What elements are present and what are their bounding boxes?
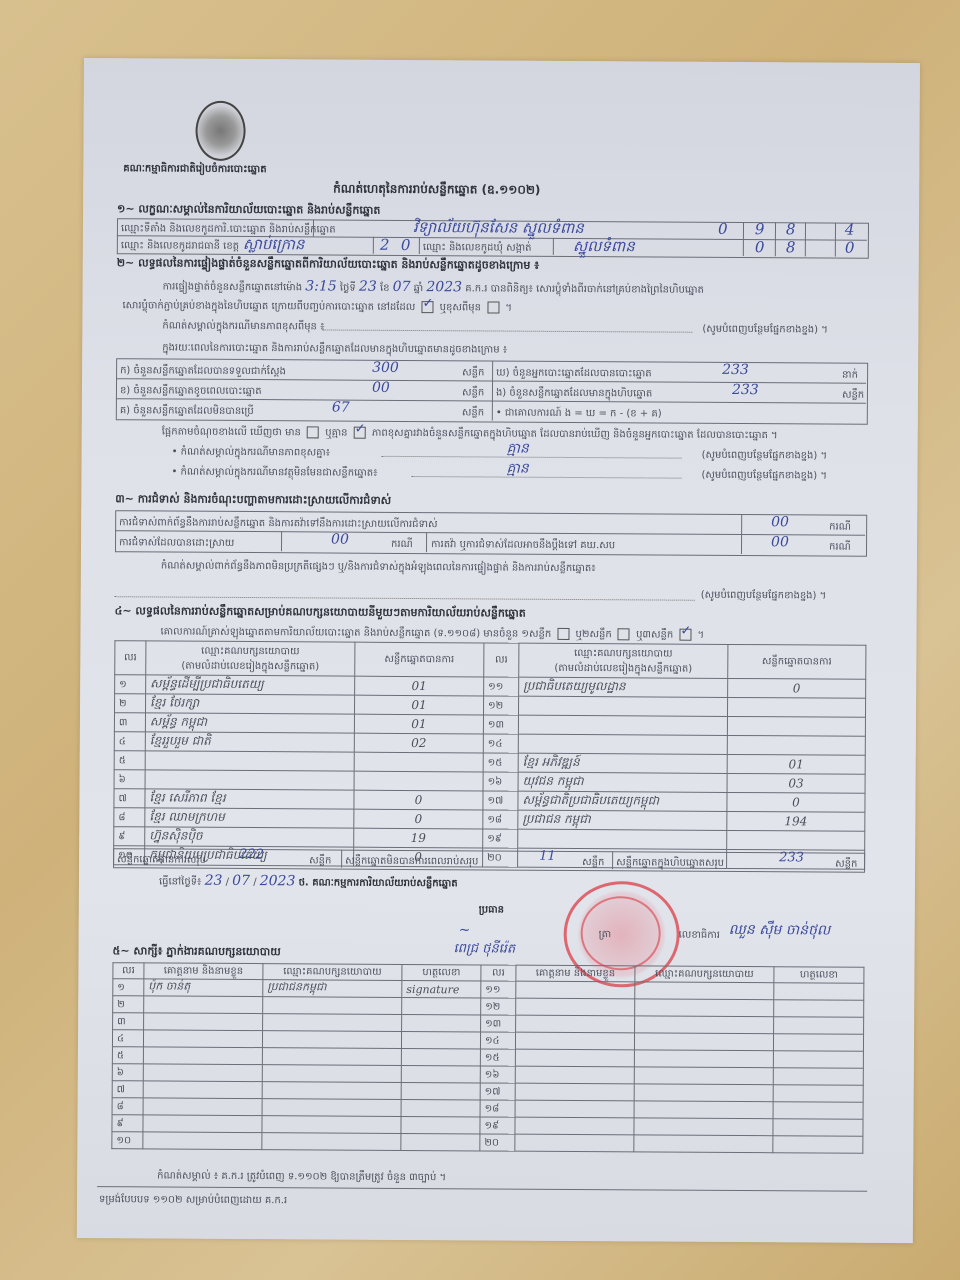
- party-name: ខ្មែរ ថែរក្សា: [146, 694, 355, 714]
- witness-party: [263, 1014, 402, 1032]
- witness-name: [143, 1081, 262, 1099]
- commune-label: ឈ្មោះ និងលេខកូដឃុំ សង្កាត់: [423, 240, 532, 256]
- party-votes: 03: [727, 773, 865, 793]
- time-text: ការផ្ទៀងផ្ទាត់ចំនួនសន្លឹកឆ្នោតនៅម៉ោង 3:1…: [163, 277, 704, 297]
- witness-party: [635, 999, 774, 1017]
- row-no: ១០: [112, 1132, 143, 1149]
- party-votes: 02: [354, 733, 483, 753]
- witness-name: [143, 1132, 262, 1150]
- row-no: ១៣: [483, 715, 518, 734]
- party-votes: 0: [727, 792, 865, 812]
- party-name: យុវជន កម្ពុជា: [518, 772, 727, 792]
- table-row: ១០២០: [112, 1132, 863, 1154]
- station-code-digit: 4: [845, 221, 855, 239]
- party-name: ខ្មែរ សេរីភាព ខ្មែរ: [145, 789, 354, 809]
- witness-name: [143, 1064, 262, 1082]
- one-sheet-checkbox[interactable]: [557, 628, 569, 640]
- total-box-value: 233: [779, 850, 804, 865]
- total-box-label: សន្លឹកឆ្នោតក្នុងហិបឆ្នោតសរុប: [616, 855, 724, 871]
- row-no: ៩: [112, 1115, 143, 1132]
- witness-name: [144, 996, 263, 1014]
- station-code-digit: 9: [755, 220, 765, 238]
- made-at-line: ធ្វើនៅថ្ងៃទី៖ 23 / 07 / 2023 ថ. គណៈកម្មក…: [159, 872, 458, 891]
- witness-party: [262, 1031, 401, 1049]
- fill-hint: (សូមបំពេញបន្ថែមផ្នែកខាងខ្នង) ។: [702, 448, 828, 464]
- irregularity-note-field[interactable]: [115, 586, 695, 601]
- party-votes: [727, 830, 865, 850]
- col-party: ឈ្មោះគណបក្សនយោបាយ(តាមលំដាប់លេខរៀងក្នុងសន…: [519, 643, 728, 678]
- polling-station-value: វិទ្យាល័យហ៊ុនសែន ស្នួលទំពាន: [413, 218, 584, 241]
- witness-party: [634, 1135, 773, 1153]
- col-party: ឈ្មោះគណបក្សនយោបាយ(តាមលំដាប់លេខរៀងក្នុងសន…: [146, 641, 355, 676]
- row-no: ៧: [114, 789, 145, 808]
- col-signature: ហត្ថលេខា: [402, 964, 481, 980]
- party-name: សម្ព័ន្ធជាតិប្រជាធិបតេយ្យកម្ពុជា: [518, 791, 727, 811]
- row-no: ១៨: [483, 810, 518, 829]
- fill-hint: (សូមបំពេញបន្ថែមផ្នែកខាងខ្នង) ។: [701, 588, 827, 604]
- col-name: គោត្តនាម និងនាមខ្លួន: [516, 965, 635, 982]
- witness-signature: [401, 1048, 480, 1065]
- ballots-spoiled-value: 00: [372, 380, 390, 396]
- row-no: ១៥: [480, 1049, 515, 1066]
- stamp-label: ត្រា: [599, 927, 612, 942]
- witness-party: [635, 1016, 774, 1034]
- witness-signature: [774, 1017, 864, 1035]
- seal-note-field[interactable]: [322, 319, 692, 332]
- made-year: 2023: [260, 873, 296, 889]
- org-name: គណៈកម្មាធិការជាតិរៀបចំការបោះឆ្នោត: [123, 161, 266, 177]
- verify-month: 07: [393, 279, 411, 295]
- witness-signature: [773, 1102, 863, 1120]
- total-invalid-value: 11: [539, 849, 556, 864]
- unit-label: សន្លឹក: [582, 855, 604, 870]
- row-no: ១៤: [480, 1032, 515, 1049]
- row-no: ១១: [481, 981, 516, 998]
- col-signature: ហត្ថលេខា: [774, 967, 864, 984]
- row-no: ១: [115, 675, 146, 694]
- witness-signature: [401, 1099, 480, 1116]
- secretary-label: លេខាធិការ: [679, 928, 720, 943]
- row-no: ១៦: [483, 772, 518, 791]
- witness-name: [515, 1049, 634, 1067]
- row-no: ១៤: [483, 734, 518, 753]
- row-no: ៨: [112, 1098, 143, 1115]
- witness-party: [635, 982, 774, 1000]
- col-no: លរ: [115, 641, 146, 675]
- commune-value: ស្នួលទំពាន: [573, 237, 635, 259]
- witness-signature: [402, 997, 481, 1014]
- party-votes: 01: [727, 754, 865, 774]
- party-votes: [727, 697, 865, 717]
- section1-title: ១~ លក្ខណៈសម្គាល់នៃការិយាល័យបោះឆ្នោត និងរ…: [117, 202, 380, 220]
- difference-yes-checkbox[interactable]: [307, 426, 319, 438]
- party-name: ប្រជាធិបតេយ្យមូលដ្ឋាន: [519, 677, 728, 697]
- party-name: ហ្វ៊ុនស៊ិនប៉ិច: [145, 827, 354, 847]
- resolved-value: 00: [331, 532, 349, 548]
- party-name: សម្ព័ន្ធ កម្ពុជា: [145, 713, 354, 733]
- complaints-label: ការជំទាស់ពាក់ព័ន្ធនឹងការរាប់សន្លឹកឆ្នោត …: [119, 515, 438, 532]
- party-name: ខ្មែររួបរួម ជាតិ: [145, 732, 354, 752]
- witness-party: [634, 1050, 773, 1068]
- appeal-value: 00: [771, 534, 789, 550]
- row-no: ៨: [114, 808, 145, 827]
- diff-note-value: គ្មាន: [507, 439, 529, 460]
- party-votes: 194: [727, 811, 865, 831]
- province-value: ស្លាប់ក្រោន: [243, 235, 305, 257]
- witness-party: ប្រជាជនកម្ពុជា: [263, 980, 402, 998]
- col-party: ឈ្មោះគណបក្សនយោបាយ: [635, 966, 774, 983]
- witness-name: [515, 1100, 634, 1118]
- party-results-table: លរ ឈ្មោះគណបក្សនយោបាយ(តាមលំដាប់លេខរៀងក្នុ…: [113, 640, 866, 870]
- witness-signature: [774, 983, 864, 1001]
- total-valid-value: 222: [239, 847, 264, 862]
- ballots-unused-value: 67: [332, 400, 350, 416]
- witness-signature: [773, 1136, 863, 1154]
- row-no: ៥: [112, 1047, 143, 1064]
- witness-name: [143, 1047, 262, 1065]
- secretary-name: ឈួន ស៊ឹម ចាន់ថុល: [729, 920, 831, 942]
- row-no: ២០: [480, 1134, 515, 1151]
- witness-party: [634, 1118, 773, 1136]
- witness-party: [634, 1033, 773, 1051]
- party-name: [518, 829, 727, 849]
- witness-name: [144, 1013, 263, 1031]
- witness-name: [516, 998, 635, 1016]
- witness-signature: [401, 1133, 480, 1150]
- col-no: លរ: [484, 643, 519, 677]
- witness-signature: [773, 1085, 863, 1103]
- witness-signature: [401, 1116, 480, 1133]
- witness-name: [515, 1083, 634, 1101]
- diff-note-label: • កំណត់សម្គាល់ក្នុងករណីមានភាពខុសគ្នា៖: [172, 445, 331, 461]
- witness-name: [515, 1117, 634, 1135]
- party-votes: 19: [354, 828, 483, 848]
- fill-hint: (សូមបំពេញបន្ថែមផ្នែកខាងខ្នង) ។: [701, 468, 827, 484]
- witness-signature: signature: [402, 980, 481, 997]
- witness-name: [143, 1115, 262, 1133]
- voters-value: 233: [722, 362, 749, 378]
- section5-title: ៥~ សាក្សី៖ ភ្នាក់ងារគណបក្សនយោបាយ: [112, 944, 280, 961]
- unit-label: សន្លឹក: [462, 405, 484, 420]
- seal-intact-checkbox[interactable]: [421, 301, 433, 313]
- irregularity-note: កំណត់សម្គាល់ពាក់ព័ន្ធនឹងភាពមិនប្រក្រតីផ្…: [161, 558, 596, 576]
- row-no: ១១: [484, 677, 519, 696]
- col-name: គោត្តនាម និងនាមខ្លួន: [144, 963, 263, 980]
- row-no: ១៩: [480, 1117, 515, 1134]
- witness-table: លរ គោត្តនាម និងនាមខ្លួន ឈ្មោះគណបក្សនយោបា…: [111, 962, 864, 1154]
- row-no: ៤: [114, 732, 145, 751]
- party-name: [518, 696, 727, 716]
- diff-note-field[interactable]: [382, 446, 682, 459]
- row-no: ១៧: [480, 1083, 515, 1100]
- verify-year: 2023: [426, 279, 462, 295]
- party-name: [145, 770, 354, 790]
- party-name: [518, 734, 727, 754]
- witness-signature: [402, 1014, 481, 1031]
- seal-status-line: សោរប្លុំចាក់ភ្ជាប់គ្រប់ខាងក្នុងនៃហិបឆ្នោ…: [122, 298, 512, 315]
- chair-label: ប្រធាន: [479, 902, 504, 917]
- verify-time: 3:15: [305, 278, 337, 294]
- party-name: ខ្មែរ អភិវឌ្ឍន៍: [518, 753, 727, 773]
- row-no: ៧: [112, 1081, 143, 1098]
- witness-name: [515, 1134, 634, 1152]
- witness-party: [262, 1116, 401, 1134]
- col-no: លរ: [113, 963, 144, 979]
- party-name: ប្រជាជន កម្ពុជា: [518, 810, 727, 830]
- fake-note-field[interactable]: [411, 466, 681, 479]
- party-votes: 01: [354, 695, 483, 715]
- verify-day: 23: [359, 279, 377, 295]
- section3-title: ៣~ ការជំទាស់ និងការចំណុះបញ្ហាតាមការដោះស្…: [115, 492, 391, 510]
- witness-party: [262, 1133, 401, 1151]
- ballots-in-box-label: ង) ចំនួនសន្លឹកឆ្នោតដែលមានក្នុងហិបឆ្នោត: [496, 386, 652, 402]
- witness-name: [515, 1032, 634, 1050]
- fake-note-value: គ្មាន: [506, 459, 528, 480]
- unit-label: សន្លឹក: [462, 365, 484, 380]
- party-votes: [727, 735, 865, 755]
- unit-label: សន្លឹក: [462, 385, 484, 400]
- made-day: 23: [205, 873, 223, 889]
- witness-name: ប៉ុក ចាន់តុ: [144, 979, 263, 997]
- row-no: ៥: [114, 751, 145, 770]
- party-votes: 0: [354, 809, 483, 829]
- party-votes: 0: [354, 790, 483, 810]
- row-no: ១៩: [483, 829, 518, 848]
- formula-label: • ជាគោលការណ៍ ង = ឃ = ក - (ខ + គ): [496, 406, 662, 422]
- witness-party: [262, 1099, 401, 1117]
- party-name: [518, 715, 727, 735]
- party-name: ខ្មែរ ឈាមក្រហម: [145, 808, 354, 828]
- row-no: ១៥: [483, 753, 518, 772]
- witness-party: [634, 1101, 773, 1119]
- section4-title: ៤~ លទ្ធផលនៃការរាប់សន្លឹកឆ្នោតសម្រាប់គណបក…: [115, 604, 526, 623]
- row-no: ១៨: [480, 1100, 515, 1117]
- form-title: កំណត់ហេតុនៃការរាប់សន្លឹកឆ្នោត (ឧ.១១០២): [333, 181, 540, 200]
- commune-code-digit: 0: [845, 239, 855, 257]
- party-votes: 01: [354, 714, 483, 734]
- commune-code-digit: 0: [755, 238, 765, 256]
- unit-label: សន្លឹក: [309, 853, 331, 868]
- station-code-digit: 0: [718, 220, 728, 238]
- party-votes: 01: [355, 676, 484, 696]
- row-no: ១៦: [480, 1066, 515, 1083]
- voters-label: ឃ) ចំនួនអ្នកបោះឆ្នោតដែលបានបោះឆ្នោត: [496, 366, 652, 382]
- witness-party: [262, 1048, 401, 1066]
- party-votes: [727, 716, 865, 736]
- witness-signature: [773, 1051, 863, 1069]
- made-month: 07: [232, 873, 250, 889]
- witness-signature: [773, 1119, 863, 1137]
- province-label: ឈ្មោះ និងលេខកូដរាជធានី ខេត្ត: [121, 238, 239, 254]
- station-code-digit: 8: [786, 220, 796, 238]
- province-code-digit: 2: [380, 236, 390, 254]
- total-invalid-label: សន្លឹកឆ្នោតមិនបានការពេលរាប់សរុប: [345, 854, 478, 870]
- row-no: ២: [115, 694, 146, 713]
- difference-line: ផ្អែកតាមចំណុចខាងលើ ឃើញថា មាន ឬគ្មាន ភាពខ…: [162, 424, 778, 443]
- row-no: ១: [113, 979, 144, 996]
- col-votes: សន្លឹកឆ្នោតបានការ: [355, 642, 484, 677]
- row-no: ២: [113, 996, 144, 1013]
- witness-signature: [773, 1068, 863, 1086]
- party-name: សម្ព័ន្ធដើម្បីប្រជាធិបតេយ្យ: [146, 675, 355, 695]
- witness-name: [516, 981, 635, 999]
- witness-party: [262, 1082, 401, 1100]
- row-no: ៦: [114, 770, 145, 789]
- row-no: ៩: [114, 827, 145, 846]
- three-sheet-checkbox[interactable]: [679, 629, 691, 641]
- unit-label: ករណី: [829, 520, 851, 535]
- row-no: ១២: [483, 696, 518, 715]
- appeal-label: ការតវ៉ា ឬការជំទាស់ដែលអាចនឹងប្តឹងទៅ គឃ.សប: [431, 537, 615, 553]
- witness-signature: [401, 1031, 480, 1048]
- row-no: ៦: [112, 1064, 143, 1081]
- nec-emblem-icon: [195, 101, 245, 161]
- witness-party: [634, 1084, 773, 1102]
- party-votes: 0: [728, 678, 866, 698]
- ballots-spoiled-label: ខ) ចំនួនសន្លឹកឆ្នោតខូចពេលបោះឆ្នោត: [120, 383, 262, 399]
- ballots-in-box-value: 233: [732, 382, 759, 398]
- col-party: ឈ្មោះគណបក្សនយោបាយ: [263, 964, 402, 981]
- commune-code-digit: 8: [786, 238, 796, 256]
- unit-label: ករណី: [829, 540, 851, 555]
- ballots-received-value: 300: [372, 360, 399, 376]
- difference-none-checkbox[interactable]: [354, 427, 366, 439]
- unit-label: សន្លឹក: [842, 388, 864, 403]
- unit-label: សន្លឹក: [835, 857, 857, 872]
- seal-note-label: កំណត់សម្គាល់ក្នុងករណីមានភាពខុសពីមុន ៖: [162, 318, 324, 334]
- party-votes: [354, 752, 483, 772]
- witness-party: [634, 1067, 773, 1085]
- col-votes: សន្លឹកឆ្នោតបានការ: [728, 644, 866, 679]
- row-no: ៣: [113, 1013, 144, 1030]
- totals-row: [113, 848, 865, 873]
- province-code-digit: 0: [401, 236, 411, 254]
- election-form-paper: គណៈកម្មាធិការជាតិរៀបចំការបោះឆ្នោត កំណត់ហ…: [77, 58, 920, 1243]
- unit-label: នាក់: [842, 368, 858, 383]
- witness-party: [262, 1065, 401, 1083]
- fake-note-label: • កំណត់សម្គាល់ក្នុងករណីមានវត្ថុមិនមែនជាស…: [171, 465, 377, 481]
- total-valid-label: សន្លឹកឆ្នោតបានការសរុប: [117, 852, 206, 868]
- witness-signature: [401, 1082, 480, 1099]
- witness-name: [143, 1098, 262, 1116]
- witness-party: [263, 997, 402, 1015]
- row-no: ១៣: [481, 1015, 516, 1032]
- row-no: ៣: [114, 713, 145, 732]
- seal-broken-checkbox[interactable]: [487, 301, 499, 313]
- party-name: [145, 751, 354, 771]
- party-votes: [354, 771, 483, 791]
- ballots-received-label: ក) ចំនួនសន្លឹកឆ្នោតដែលបានទទួលជាក់ស្តែង: [120, 363, 286, 379]
- witness-signature: [401, 1065, 480, 1082]
- complaints-value: 00: [771, 514, 789, 530]
- two-sheet-checkbox[interactable]: [618, 628, 630, 640]
- ballots-unused-label: គ) ចំនួនសន្លឹកឆ្នោតដែលមិនបានប្រើ: [120, 403, 254, 419]
- witness-name: [515, 1066, 634, 1084]
- unit-label: ករណី: [391, 537, 413, 552]
- resolved-label: ការជំទាស់ដែលបានដោះស្រាយ: [119, 535, 234, 551]
- chair-signature: ~: [459, 922, 471, 938]
- witness-signature: [773, 1034, 863, 1052]
- row-no: ១៧: [483, 791, 518, 810]
- section2-title: ២~ លទ្ធផលនៃការផ្ទៀងផ្ទាត់ចំនួនសន្លឹកឆ្នោ…: [117, 256, 539, 275]
- row-no: ៤: [112, 1030, 143, 1047]
- witness-name: [516, 1015, 635, 1033]
- witness-name: [143, 1030, 262, 1048]
- chair-name: ពេជ្រ ថុនីរ៉េត: [454, 940, 516, 959]
- counting-intro: ក្នុងរយៈពេលនៃការបោះឆ្នោត និងការរាប់សន្លឹ…: [162, 340, 507, 357]
- fill-hint: (សូមបំពេញបន្ថែមផ្នែកខាងខ្នង) ។: [702, 322, 828, 338]
- col-no: លរ: [481, 965, 516, 981]
- witness-footnote: កំណត់សម្គាល់ ៖ គ.ក.រ ត្រូវបំពេញ ទ.១១០២ ឱ…: [157, 1168, 446, 1185]
- row-no: ១២: [481, 998, 516, 1015]
- form-footer-note: ទម្រង់បែបបទ ១១០២ សម្រាប់បំពេញដោយ គ.ក.រ: [99, 1192, 287, 1208]
- witness-signature: [774, 1000, 864, 1018]
